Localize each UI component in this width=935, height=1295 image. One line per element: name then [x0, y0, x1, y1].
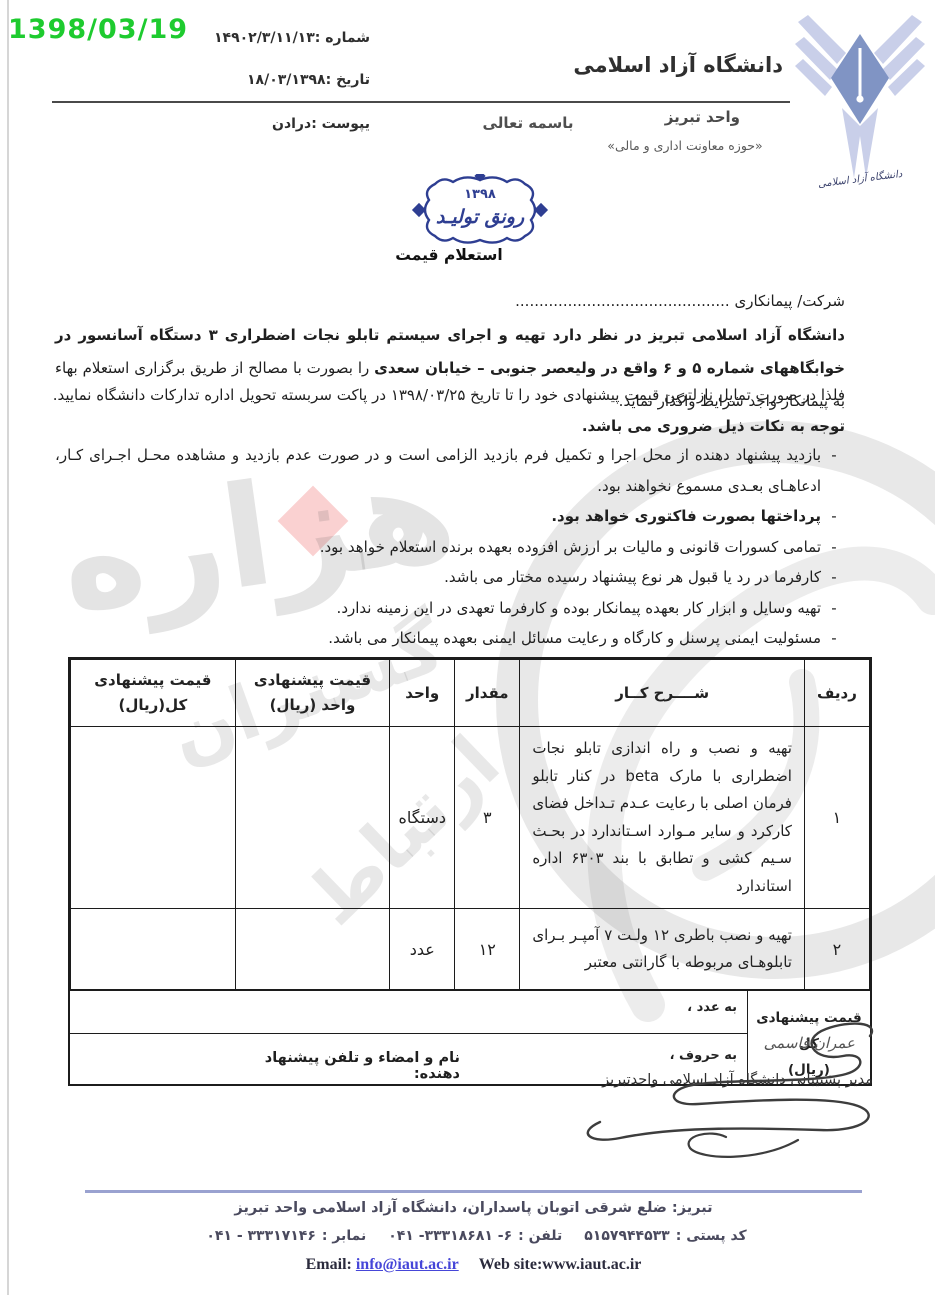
addressee-dotted-line: ........................................…	[515, 292, 730, 310]
col-header-description: شــــرح کــار	[520, 660, 805, 727]
phone-label: تلفن :	[518, 1228, 562, 1244]
page-edge-line	[7, 0, 9, 1295]
signature-scribble-icon	[548, 1020, 888, 1174]
header-divider	[52, 101, 790, 103]
seal-slogan: رونق تولیـد	[436, 206, 525, 228]
letter-date-label: تاریخ :	[326, 72, 370, 88]
note-text: تهیه وسایل و ابزار کار بعهده پیمانکار بو…	[55, 593, 821, 624]
phone-value: ۶- ۳۳۳۱۸۶۸۱- ۰۴۱	[388, 1228, 512, 1244]
cell-unit: دستگاه	[390, 727, 455, 909]
letter-number: شماره :۱۴۹۰۲/۳/۱۱/۱۳	[214, 30, 370, 46]
paragraph-deadline: فلذا در صورت تمایل نازلترین قیمت پیشنهاد…	[53, 386, 845, 404]
cell-unit: عدد	[390, 909, 455, 990]
addressee-line: شرکت/ پیمانکاری ........................…	[515, 292, 845, 310]
footer-divider	[85, 1190, 862, 1193]
paragraph-notes-heading: توجه به نکات ذیل ضروری می باشد.	[582, 417, 845, 435]
cell-description: تهیه و نصب باطری ۱۲ ولـت ۷ آمپـر بـرای ت…	[520, 909, 805, 990]
note-text: بازدید پیشنهاد دهنده از محل اجرا و تکمیل…	[55, 440, 821, 501]
letter-attachment-label: یپوست :	[311, 116, 370, 132]
col-header-total-price: قیمت پیشنهادی کل(ریال)	[71, 660, 236, 727]
cell-quantity: ۳	[455, 727, 520, 909]
email-link[interactable]: info@iaut.ac.ir	[356, 1256, 459, 1273]
ronagh-tolid-seal-icon: ۱۳۹۸ رونق تولیـد	[405, 174, 555, 252]
bullet-dash: -	[821, 593, 847, 624]
seal-year: ۱۳۹۸	[464, 187, 496, 202]
bullet-dash: -	[821, 623, 847, 654]
proposer-signature-label: نام و امضاء و تلفن پیشنهاد دهنده:	[245, 1050, 460, 1082]
note-text: کارفرما در رد یا قبول هر نوع پیشنهاد رسی…	[55, 562, 821, 593]
note-text: مسئولیت ایمنی پرسنل و کارگاه و رعایت مسا…	[55, 623, 821, 654]
col-header-unit-price: قیمت پیشنهادی واحد (ریال)	[235, 660, 390, 727]
cell-quantity: ۱۲	[455, 909, 520, 990]
list-item: - مسئولیت ایمنی پرسنل و کارگاه و رعایت م…	[55, 623, 847, 654]
cell-description: تهیه و نصب و راه اندازی تابلو نجات اضطرا…	[520, 727, 805, 909]
list-item: - تهیه وسایل و ابزار کار بعهده پیمانکار …	[55, 593, 847, 624]
letter-date: تاریخ :۱۸/۰۳/۱۳۹۸	[247, 72, 370, 88]
bullet-dash: -	[821, 440, 847, 501]
note-text: پرداختها بصورت فاکتوری خواهد بود.	[55, 501, 821, 532]
university-department: «حوزه معاونت اداری و مالی»	[588, 138, 782, 153]
postal-code-label: کد پستی :	[676, 1228, 747, 1244]
col-header-row: ردیف	[804, 660, 869, 727]
logo-caption: دانشگاه آزاد اسلامی	[817, 167, 903, 188]
bullet-dash: -	[821, 501, 847, 532]
website-text: Web site:www.iaut.ac.ir	[479, 1256, 642, 1273]
azad-university-logo-icon: دانشگاه آزاد اسلامی	[792, 6, 928, 192]
cell-unit-price[interactable]	[235, 909, 390, 990]
bullet-dash: -	[821, 562, 847, 593]
basmala-text: باسمه تعالی	[478, 114, 578, 132]
fax-label: نمابر :	[322, 1228, 366, 1244]
table-row: ۱ تهیه و نصب و راه اندازی تابلو نجات اضط…	[71, 727, 870, 909]
cell-unit-price[interactable]	[235, 727, 390, 909]
col-header-quantity: مقدار	[455, 660, 520, 727]
letter-attachment: یپوست :درادن	[272, 116, 370, 132]
letter-attachment-value: درادن	[272, 116, 311, 132]
cell-row-number: ۲	[804, 909, 869, 990]
cell-total-price[interactable]	[71, 727, 236, 909]
document-page: هزاره گستران ارتباط 1398/03/19 شماره :۱۴…	[0, 0, 935, 1295]
list-item: - کارفرما در رد یا قبول هر نوع پیشنهاد ر…	[55, 562, 847, 593]
seal-caption: استعلام قیمت	[384, 246, 514, 264]
university-name: دانشگاه آزاد اسلامی	[573, 53, 783, 77]
list-item: - تمامی کسورات قانونی و مالیات بر ارزش ا…	[55, 532, 847, 563]
footer-web-line: Email:info@iaut.ac.irWeb site:www.iaut.a…	[85, 1256, 862, 1274]
table-row: ۲ تهیه و نصب باطری ۱۲ ولـت ۷ آمپـر بـرای…	[71, 909, 870, 990]
addressee-label: شرکت/ پیمانکاری	[735, 292, 846, 310]
footer-address: تبریز: ضلع شرقی اتوبان پاسداران، دانشگاه…	[85, 1200, 862, 1216]
table-header-row: ردیف شــــرح کــار مقدار واحد قیمت پیشنه…	[71, 660, 870, 727]
cell-total-price[interactable]	[71, 909, 236, 990]
letter-number-label: شماره :	[315, 30, 370, 46]
university-branch: واحد تبریز	[665, 108, 740, 126]
email-label: Email:	[306, 1256, 352, 1273]
cell-row-number: ۱	[804, 727, 869, 909]
list-item: - بازدید پیشنهاد دهنده از محل اجرا و تکم…	[55, 440, 847, 501]
total-in-digits-label: به عدد ،	[687, 1000, 737, 1015]
col-header-unit: واحد	[390, 660, 455, 727]
fax-value: ۳۳۳۱۷۱۴۶ - ۰۴۱	[206, 1228, 316, 1244]
list-item: - پرداختها بصورت فاکتوری خواهد بود.	[55, 501, 847, 532]
bullet-dash: -	[821, 532, 847, 563]
notes-list: - بازدید پیشنهاد دهنده از محل اجرا و تکم…	[55, 440, 847, 654]
scan-date-stamp: 1398/03/19	[8, 14, 188, 45]
postal-code-value: ۵۱۵۷۹۴۴۵۳۳	[584, 1228, 669, 1244]
note-text: تمامی کسورات قانونی و مالیات بر ارزش افز…	[55, 532, 821, 563]
footer-contacts: کد پستی :۵۱۵۷۹۴۴۵۳۳تلفن :۶- ۳۳۳۱۸۶۸۱- ۰۴…	[85, 1228, 862, 1244]
letter-number-value: ۱۴۹۰۲/۳/۱۱/۱۳	[214, 30, 315, 46]
letter-date-value: ۱۸/۰۳/۱۳۹۸	[247, 72, 326, 88]
